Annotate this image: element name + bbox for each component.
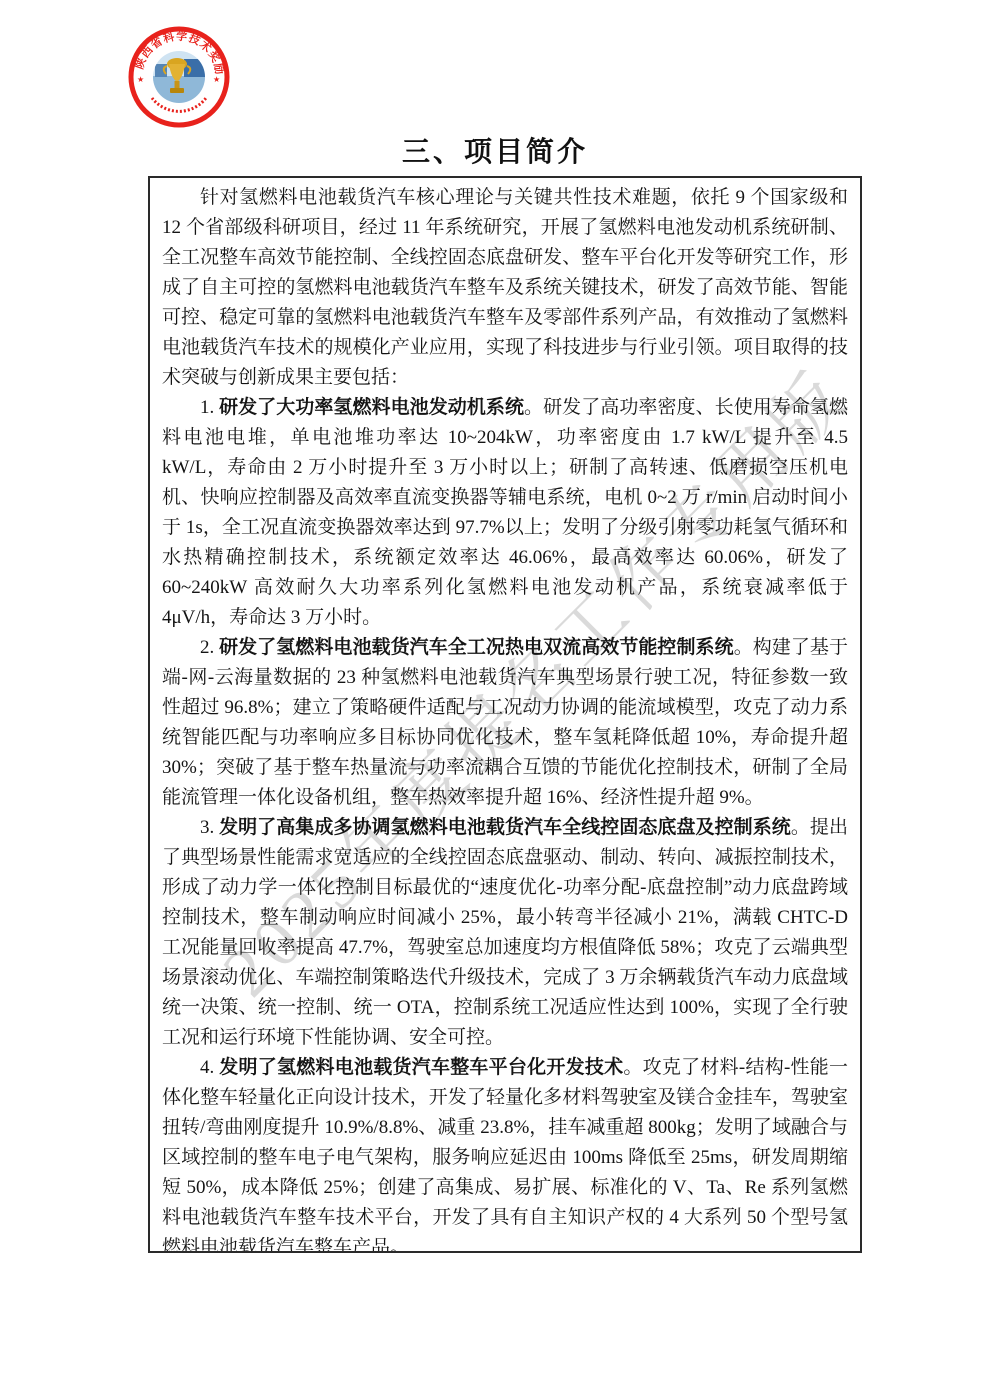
award-office-seal: 陕西省科学技术奖励工作办公室 ★ ★ [128,26,230,128]
text-run: 3. [200,817,219,838]
text-run: 。研发了高功率密度、长使用寿命氢燃料电池电堆，单电池堆功率达 10~204kW，… [162,397,848,628]
bold-text-run: 研发了氢燃料电池载货汽车全工况热电双流高效节能控制系统 [219,637,734,658]
text-run: 。提出了典型场景性能需求宽适应的全线控固态底盘驱动、制动、转向、减振控制技术，形… [162,817,848,1048]
paragraph: 3. 发明了高集成多协调氢燃料电池载货汽车全线控固态底盘及控制系统。提出了典型场… [162,813,848,1053]
bold-text-run: 研发了大功率氢燃料电池发动机系统 [219,397,524,418]
text-run: 2. [200,637,219,658]
paragraph: 4. 发明了氢燃料电池载货汽车整车平台化开发技术。攻克了材料-结构-性能一体化整… [162,1053,848,1253]
seal-star-right: ★ [213,75,220,84]
seal-graphic: 陕西省科学技术奖励工作办公室 ★ ★ [128,26,230,128]
text-run: 4. [200,1057,219,1078]
bold-text-run: 发明了氢燃料电池载货汽车整车平台化开发技术 [219,1057,623,1078]
bold-text-run: 发明了高集成多协调氢燃料电池载货汽车全线控固态底盘及控制系统 [219,817,791,838]
text-run: 。攻克了材料-结构-性能一体化整车轻量化正向设计技术，开发了轻量化多材料驾驶室及… [162,1057,848,1253]
project-summary-cell: 针对氢燃料电池载货汽车核心理论与关键共性技术难题，依托 9 个国家级和 12 个… [148,176,862,1253]
text-run: 针对氢燃料电池载货汽车核心理论与关键共性技术难题，依托 9 个国家级和 12 个… [162,187,848,388]
page-title: 三、项目简介 [0,130,990,170]
paragraph: 2. 研发了氢燃料电池载货汽车全工况热电双流高效节能控制系统。构建了基于端-网-… [162,633,848,813]
seal-star-left: ★ [137,75,144,84]
paragraph: 1. 研发了大功率氢燃料电池发动机系统。研发了高功率密度、长使用寿命氢燃料电池电… [162,393,848,633]
text-run: 。构建了基于端-网-云海量数据的 23 种氢燃料电池载货汽车典型场景行驶工况，特… [162,637,848,808]
paragraph: 针对氢燃料电池载货汽车核心理论与关键共性技术难题，依托 9 个国家级和 12 个… [162,183,848,393]
text-run: 1. [200,397,219,418]
